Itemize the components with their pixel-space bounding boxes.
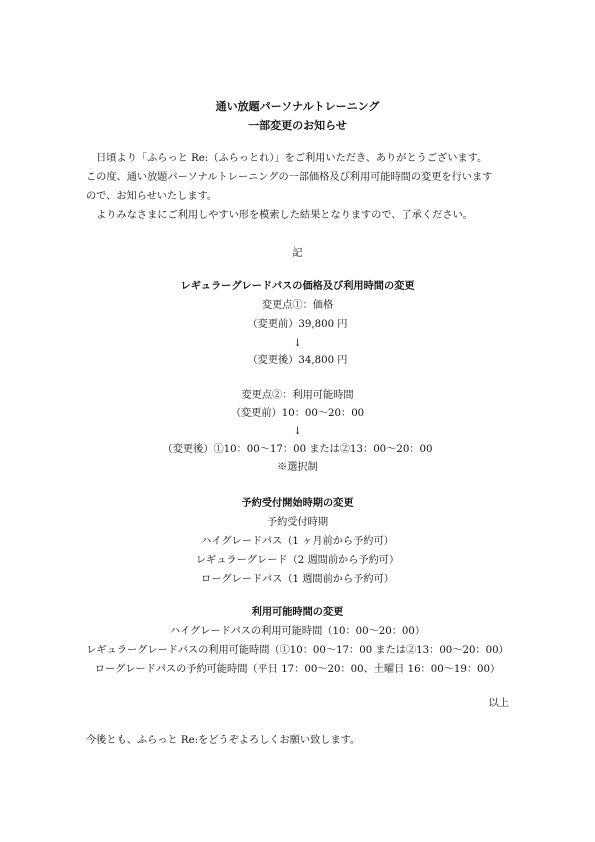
document-page: 通い放題パーソナルトレーニング 一部変更のお知らせ 日頃より「ふらっと Re:（…: [0, 0, 595, 842]
availability-item: レギュラーグレードパスの利用可能時間（①10：00～17：00 または②13：0…: [0, 644, 595, 658]
reservation-item: ハイグレードパス（1 ヶ月前から予約可）: [0, 535, 595, 549]
section2-subheading: 予約受付時期: [0, 516, 595, 530]
availability-item: ローグレードパスの予約可能時間（平日 17：00～20：00、土曜日 16：00…: [0, 663, 595, 677]
section3-heading: 利用可能時間の変更: [0, 606, 595, 620]
arrow-down-icon: ↓: [0, 337, 595, 351]
section1-heading: レギュラーグレードパスの価格及び利用時間の変更: [0, 280, 595, 294]
reservation-item: レギュラーグレード（2 週間前から予約可）: [0, 554, 595, 568]
intro-paragraph-line: 日頃より「ふらっと Re:（ふらっとれ）」をご利用いただき、ありがとうございます…: [86, 152, 487, 166]
document-title-line1: 通い放題パーソナルトレーニング: [0, 100, 595, 114]
document-title-line2: 一部変更のお知らせ: [0, 119, 595, 133]
change1-before: （変更前）39,800 円: [0, 318, 595, 332]
change2-after: （変更後）①10：00～17：00 または②13：00～20：00: [0, 443, 595, 457]
arrow-down-icon: ↓: [0, 425, 595, 439]
closing-text: 今後とも、ふらっと Re:をどうぞよろしくお願い致します。: [86, 734, 360, 748]
change2-label: 変更点②：利用可能時間: [0, 389, 595, 403]
change1-after: （変更後）34,800 円: [0, 354, 595, 368]
ki-marker: 記: [0, 247, 595, 261]
intro-paragraph-line: この度、通い放題パーソナルトレーニングの一部価格及び利用可能時間の変更を行います: [86, 171, 492, 185]
availability-item: ハイグレードパスの利用可能時間（10：00～20：00）: [0, 625, 595, 639]
change2-before: （変更前）10：00～20：00: [0, 407, 595, 421]
change1-label: 変更点①：価格: [0, 299, 595, 313]
closing-mark: 以上: [489, 697, 509, 711]
section2-heading: 予約受付開始時期の変更: [0, 497, 595, 511]
intro-paragraph-line: よりみなさまにご利用しやすい形を模索した結果となりますので、了承ください。: [86, 209, 473, 223]
intro-paragraph-line: ので、お知らせいたします。: [86, 190, 217, 204]
selection-note: ※選択制: [0, 461, 595, 475]
reservation-item: ローグレードパス（1 週間前から予約可）: [0, 573, 595, 587]
